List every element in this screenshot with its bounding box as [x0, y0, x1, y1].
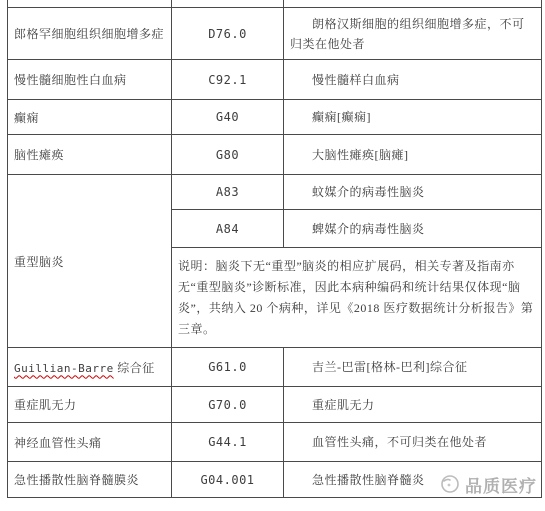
description-cell: 朗格汉斯细胞的组织细胞增多症，不可归类在他处者 [284, 8, 542, 60]
description-cell: 吉兰-巴雷[格林-巴利]综合征 [284, 348, 542, 387]
table-row: 郎格罕细胞组织细胞增多症 D76.0 朗格汉斯细胞的组织细胞增多症，不可归类在他… [8, 8, 542, 60]
empty-cell [8, 0, 172, 8]
table-row-partial [8, 0, 542, 8]
table-row: Guillian-Barre 综合征 G61.0 吉兰-巴雷[格林-巴利]综合征 [8, 348, 542, 387]
disease-name-cell: Guillian-Barre 综合征 [8, 348, 172, 387]
disease-name-cell: 重症肌无力 [8, 387, 172, 423]
table-row: 慢性髓细胞性白血病 C92.1 慢性髓样白血病 [8, 60, 542, 100]
table-row: 重症肌无力 G70.0 重症肌无力 [8, 387, 542, 423]
icd-code-cell: C92.1 [172, 60, 284, 100]
merged-disease-name-cell: 重型脑炎 [8, 175, 172, 348]
icd-code-cell: D76.0 [172, 8, 284, 60]
empty-cell [172, 0, 284, 8]
table-row: 癫痫 G40 癫痫[癫痫] [8, 100, 542, 135]
table-row: 脑性瘫痪 G80 大脑性瘫痪[脑瘫] [8, 135, 542, 175]
icd-code-cell: G70.0 [172, 387, 284, 423]
icd-code-cell: G04.001 [172, 462, 284, 498]
document-page: 郎格罕细胞组织细胞增多症 D76.0 朗格汉斯细胞的组织细胞增多症，不可归类在他… [0, 0, 545, 511]
disease-name-cell: 郎格罕细胞组织细胞增多症 [8, 8, 172, 60]
icd-code-cell: A84 [172, 210, 284, 248]
description-cell: 急性播散性脑脊髓炎 [284, 462, 542, 498]
table-row: 急性播散性脑脊髓膜炎 G04.001 急性播散性脑脊髓炎 [8, 462, 542, 498]
description-cell: 重症肌无力 [284, 387, 542, 423]
note-cell: 说明：脑炎下无“重型”脑炎的相应扩展码，相关专著及指南亦无“重型脑炎”诊断标准，… [172, 248, 542, 348]
disease-name-cell: 神经血管性头痛 [8, 423, 172, 462]
icd-code-cell: G40 [172, 100, 284, 135]
description-cell: 慢性髓样白血病 [284, 60, 542, 100]
description-cell: 血管性头痛，不可归类在他处者 [284, 423, 542, 462]
empty-cell [284, 0, 542, 8]
disease-name-cell: 慢性髓细胞性白血病 [8, 60, 172, 100]
disease-name-cell: 脑性瘫痪 [8, 135, 172, 175]
icd-code-cell: G61.0 [172, 348, 284, 387]
disease-name-cell: 癫痫 [8, 100, 172, 135]
misspelled-term: Guillian-Barre [14, 362, 114, 375]
description-cell: 大脑性瘫痪[脑瘫] [284, 135, 542, 175]
description-cell: 蜱媒介的病毒性脑炎 [284, 210, 542, 248]
table-row: 神经血管性头痛 G44.1 血管性头痛，不可归类在他处者 [8, 423, 542, 462]
disease-name-suffix: 综合征 [114, 361, 155, 375]
icd-code-cell: G80 [172, 135, 284, 175]
table-row: 重型脑炎 A83 蚊媒介的病毒性脑炎 [8, 175, 542, 210]
disease-name-cell: 急性播散性脑脊髓膜炎 [8, 462, 172, 498]
description-cell: 癫痫[癫痫] [284, 100, 542, 135]
icd-code-cell: A83 [172, 175, 284, 210]
description-cell: 蚊媒介的病毒性脑炎 [284, 175, 542, 210]
icd-code-cell: G44.1 [172, 423, 284, 462]
icd-code-table: 郎格罕细胞组织细胞增多症 D76.0 朗格汉斯细胞的组织细胞增多症，不可归类在他… [7, 0, 542, 498]
